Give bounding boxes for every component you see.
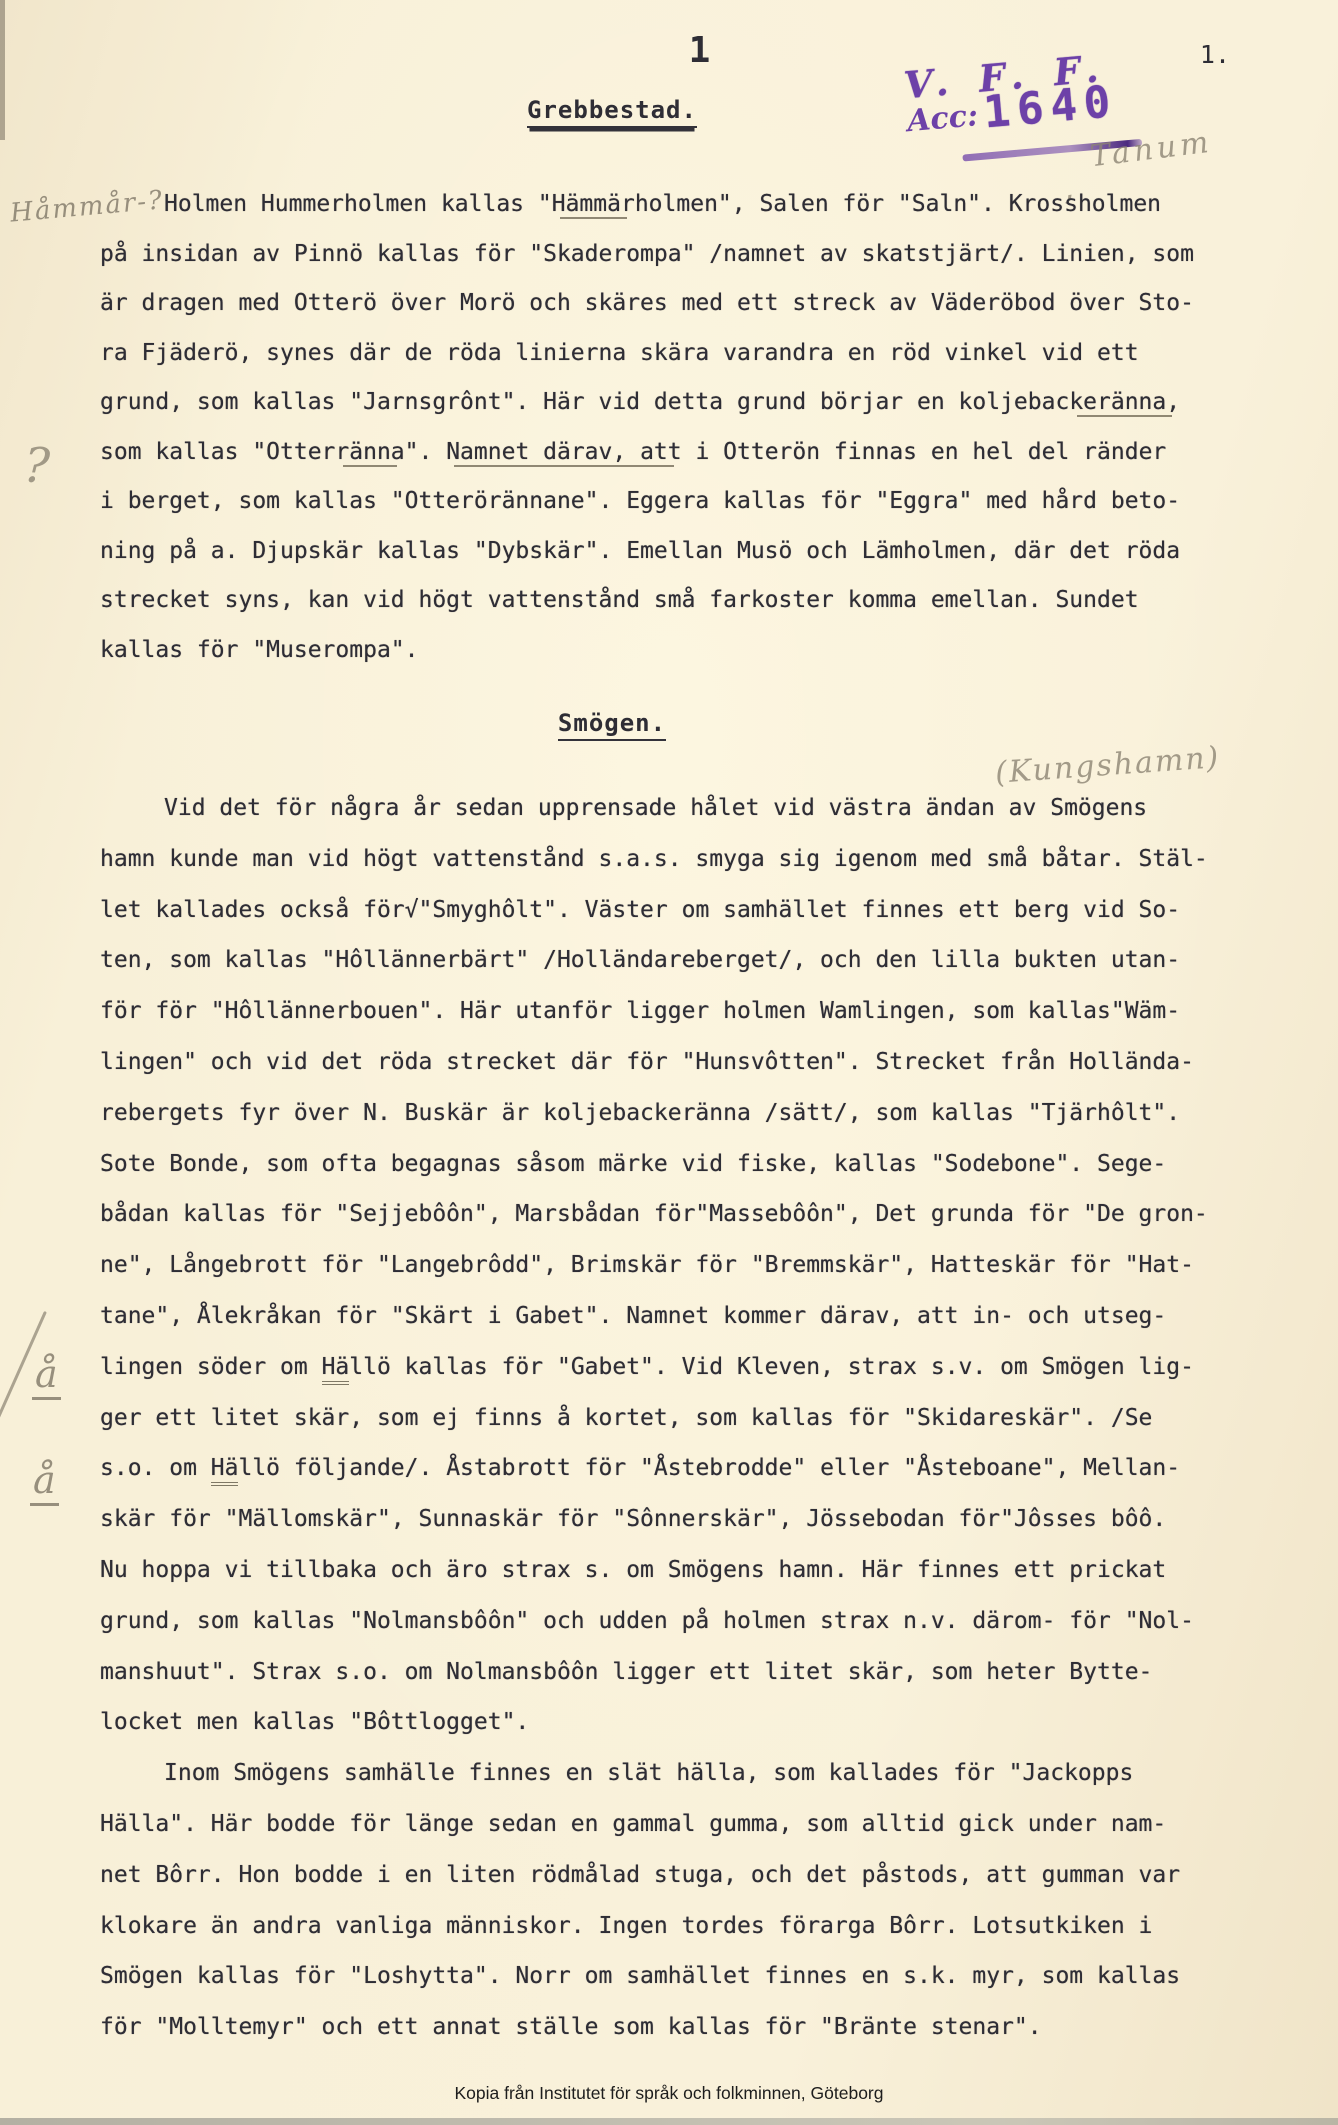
text-line: för "Molltemyr" och ett annat ställe som… — [100, 2002, 1242, 2053]
text-line: ten, som kallas "Hôllännerbärt" /Holländ… — [100, 935, 1242, 986]
text-line: grund, som kallas "Nolmansbôôn" och udde… — [100, 1596, 1242, 1647]
text-line: som kallas "Otterränna". Namnet därav, a… — [100, 428, 1242, 478]
text-line: s.o. om Hällö följande/. Åstabrott för "… — [100, 1443, 1242, 1494]
text-line: Nu hoppa vi tillbaka och äro strax s. om… — [100, 1545, 1242, 1596]
section-heading: Grebbestad. — [100, 92, 1242, 128]
text-line: rebergets fyr över N. Buskär är koljebac… — [100, 1088, 1242, 1139]
text-line: grund, som kallas "Jarnsgrônt". Här vid … — [100, 378, 1242, 428]
handwritten-aa-annotation-1: å — [32, 1352, 61, 1396]
text-line: bådan kallas för "Sejjebôôn", Marsbådan … — [100, 1189, 1242, 1240]
text-body: Grebbestad.Holmen Hummerholmen kallas "H… — [100, 78, 1242, 2053]
scan-bottom-edge — [0, 2118, 1338, 2125]
text-line: för för "Hôllännerbouen". Här utanför li… — [100, 986, 1242, 1037]
text-line: skär för "Mällomskär", Sunnaskär för "Sô… — [100, 1494, 1242, 1545]
text-line: Sote Bonde, som ofta begagnas såsom märk… — [100, 1139, 1242, 1190]
text-line: klokare än andra vanliga människor. Inge… — [100, 1901, 1242, 1952]
text-line: Smögen kallas för "Loshytta". Norr om sa… — [100, 1951, 1242, 2002]
text-line: i berget, som kallas "Otterörännane". Eg… — [100, 477, 1242, 527]
text-line: locket men kallas "Bôttlogget". — [100, 1697, 1242, 1748]
text-line: Holmen Hummerholmen kallas "Hämmärholmen… — [100, 180, 1242, 230]
text-line: Hälla". Här bodde för länge sedan en gam… — [100, 1799, 1242, 1850]
text-line: ra Fjäderö, synes där de röda linierna s… — [100, 329, 1242, 379]
document-page: 1 1. V. F. F. Acc: 1640 Tanum , Håmmår-?… — [0, 0, 1338, 2125]
text-line: ning på a. Djupskär kallas "Dybskär". Em… — [100, 527, 1242, 577]
text-line: let kallades också för√"Smyghôlt". Väste… — [100, 885, 1242, 936]
section-heading: Smögen. — [100, 705, 1242, 741]
text-line: net Bôrr. Hon bodde i en liten rödmålad … — [100, 1850, 1242, 1901]
text-line: tane", Ålekråkan för "Skärt i Gabet". Na… — [100, 1291, 1242, 1342]
text-line: hamn kunde man vid högt vattenstånd s.a.… — [100, 834, 1242, 885]
text-line: kallas för "Muserompa". — [100, 626, 1242, 676]
text-line: ne", Långebrott för "Langebrôdd", Brimsk… — [100, 1240, 1242, 1291]
handwritten-aa-annotation-2: å — [30, 1458, 59, 1502]
page-number-right: 1. — [1200, 40, 1230, 69]
text-line: Vid det för några år sedan upprensade hå… — [100, 783, 1242, 834]
text-line: lingen söder om Hällö kallas för "Gabet"… — [100, 1342, 1242, 1393]
section: Smögen.Vid det för några år sedan uppren… — [100, 705, 1242, 2053]
text-line: på insidan av Pinnö kallas för "Skaderom… — [100, 230, 1242, 280]
text-line: strecket syns, kan vid högt vattenstånd … — [100, 576, 1242, 626]
text-line: ger ett litet skär, som ej finns å korte… — [100, 1393, 1242, 1444]
text-line: lingen" och vid det röda strecket där fö… — [100, 1037, 1242, 1088]
text-line: manshuut". Strax s.o. om Nolmansbôôn lig… — [100, 1647, 1242, 1698]
footer-caption: Kopia från Institutet för språk och folk… — [0, 2083, 1338, 2104]
handwritten-question-mark: ? — [23, 437, 52, 494]
text-line: Inom Smögens samhälle finnes en slät häl… — [100, 1748, 1242, 1799]
text-line: är dragen med Otterö över Morö och skäre… — [100, 279, 1242, 329]
section: Grebbestad.Holmen Hummerholmen kallas "H… — [100, 92, 1242, 675]
